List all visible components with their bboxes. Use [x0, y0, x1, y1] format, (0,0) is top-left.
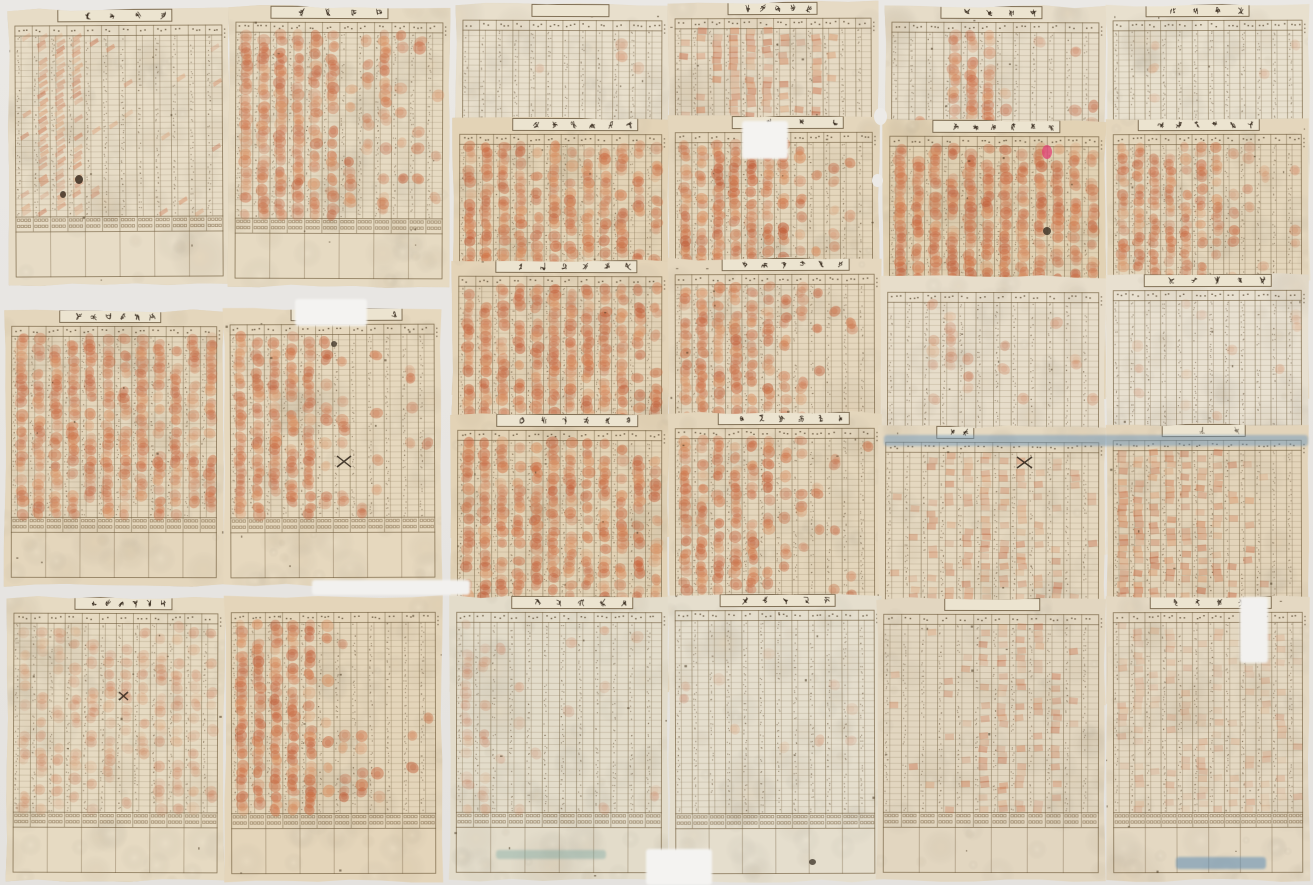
sheet-grid-canvas: [228, 5, 451, 289]
sheet-grid-canvas: [668, 593, 883, 884]
sheet-grid-canvas: [224, 595, 444, 883]
attendance-sheet-sheet-01: 遠寓全道: [7, 7, 230, 286]
document-photo-board: 遠寓全道性占具達西主人金龍山南主人西主人金末治桃原趙相札長陽牧場民甲千日西主人南…: [0, 0, 1313, 885]
attendance-sheet-sheet-05: 西主人金末治: [6, 596, 226, 883]
sheet-grid-canvas: [4, 309, 224, 587]
sheet-grid-canvas: [223, 307, 443, 588]
attendance-sheet-sheet-06: [224, 595, 444, 883]
sheet-grid-canvas: [6, 596, 226, 883]
attendance-sheet-sheet-04: 南主人: [223, 307, 443, 588]
sheet-grid-canvas: [449, 595, 670, 882]
attendance-sheet-sheet-16: 小使韓蔡末: [668, 593, 883, 884]
sheet-grid-canvas: [1106, 595, 1311, 882]
attendance-sheet-sheet-02: 性占具達: [228, 5, 451, 289]
attendance-sheet-sheet-03: 西主人金龍山: [4, 309, 224, 587]
sheet-grid-canvas: [876, 597, 1106, 882]
attendance-sheet-sheet-25: [876, 597, 1106, 882]
attendance-sheet-sheet-26: 小使安順陽: [1106, 595, 1311, 882]
sheet-grid-canvas: [7, 7, 230, 286]
attendance-sheet-sheet-15: 小使韓登洙: [449, 595, 670, 882]
